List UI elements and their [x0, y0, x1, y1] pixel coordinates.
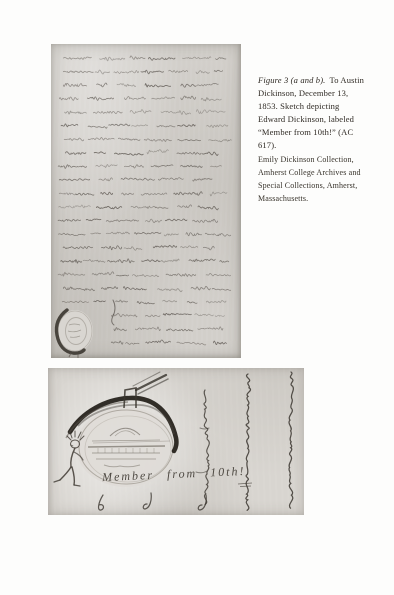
chimney-handle-drawing	[124, 372, 168, 408]
ink-bracket-stroke	[112, 300, 115, 325]
embossed-seal-icon	[56, 310, 93, 358]
sketch-drawing	[48, 368, 304, 515]
credit-line: Massachusetts.	[258, 192, 394, 205]
caption-text: To Austin	[329, 75, 364, 85]
book-page: Figure 3 (a and b).To Austin Dickinson, …	[0, 0, 394, 595]
handwritten-letter-drawing	[51, 44, 241, 358]
figure-number-label: Figure 3 (a and b).	[258, 75, 325, 85]
credit-line: Special Collections, Amherst,	[258, 179, 394, 192]
caption-line: 1853. Sketch depicting	[258, 100, 394, 113]
caption-line: Edward Dickinson, labeled	[258, 113, 394, 126]
caption-line: Figure 3 (a and b).To Austin	[258, 74, 394, 87]
credit-line: Amherst College Archives and	[258, 166, 394, 179]
label-underline-stroke	[238, 483, 252, 487]
figure-caption: Figure 3 (a and b).To Austin Dickinson, …	[258, 74, 394, 205]
caption-line: Dickinson, December 13,	[258, 87, 394, 100]
caption-line: 617).	[258, 139, 394, 152]
figure-3b-sketch-image: Member from 10th!	[48, 368, 304, 515]
caption-line: “Member from 10th!” (AC	[258, 126, 394, 139]
collection-credit: Emily Dickinson Collection, Amherst Coll…	[258, 153, 394, 205]
figure-3a-letter-image	[51, 44, 241, 358]
credit-line: Emily Dickinson Collection,	[258, 153, 394, 166]
